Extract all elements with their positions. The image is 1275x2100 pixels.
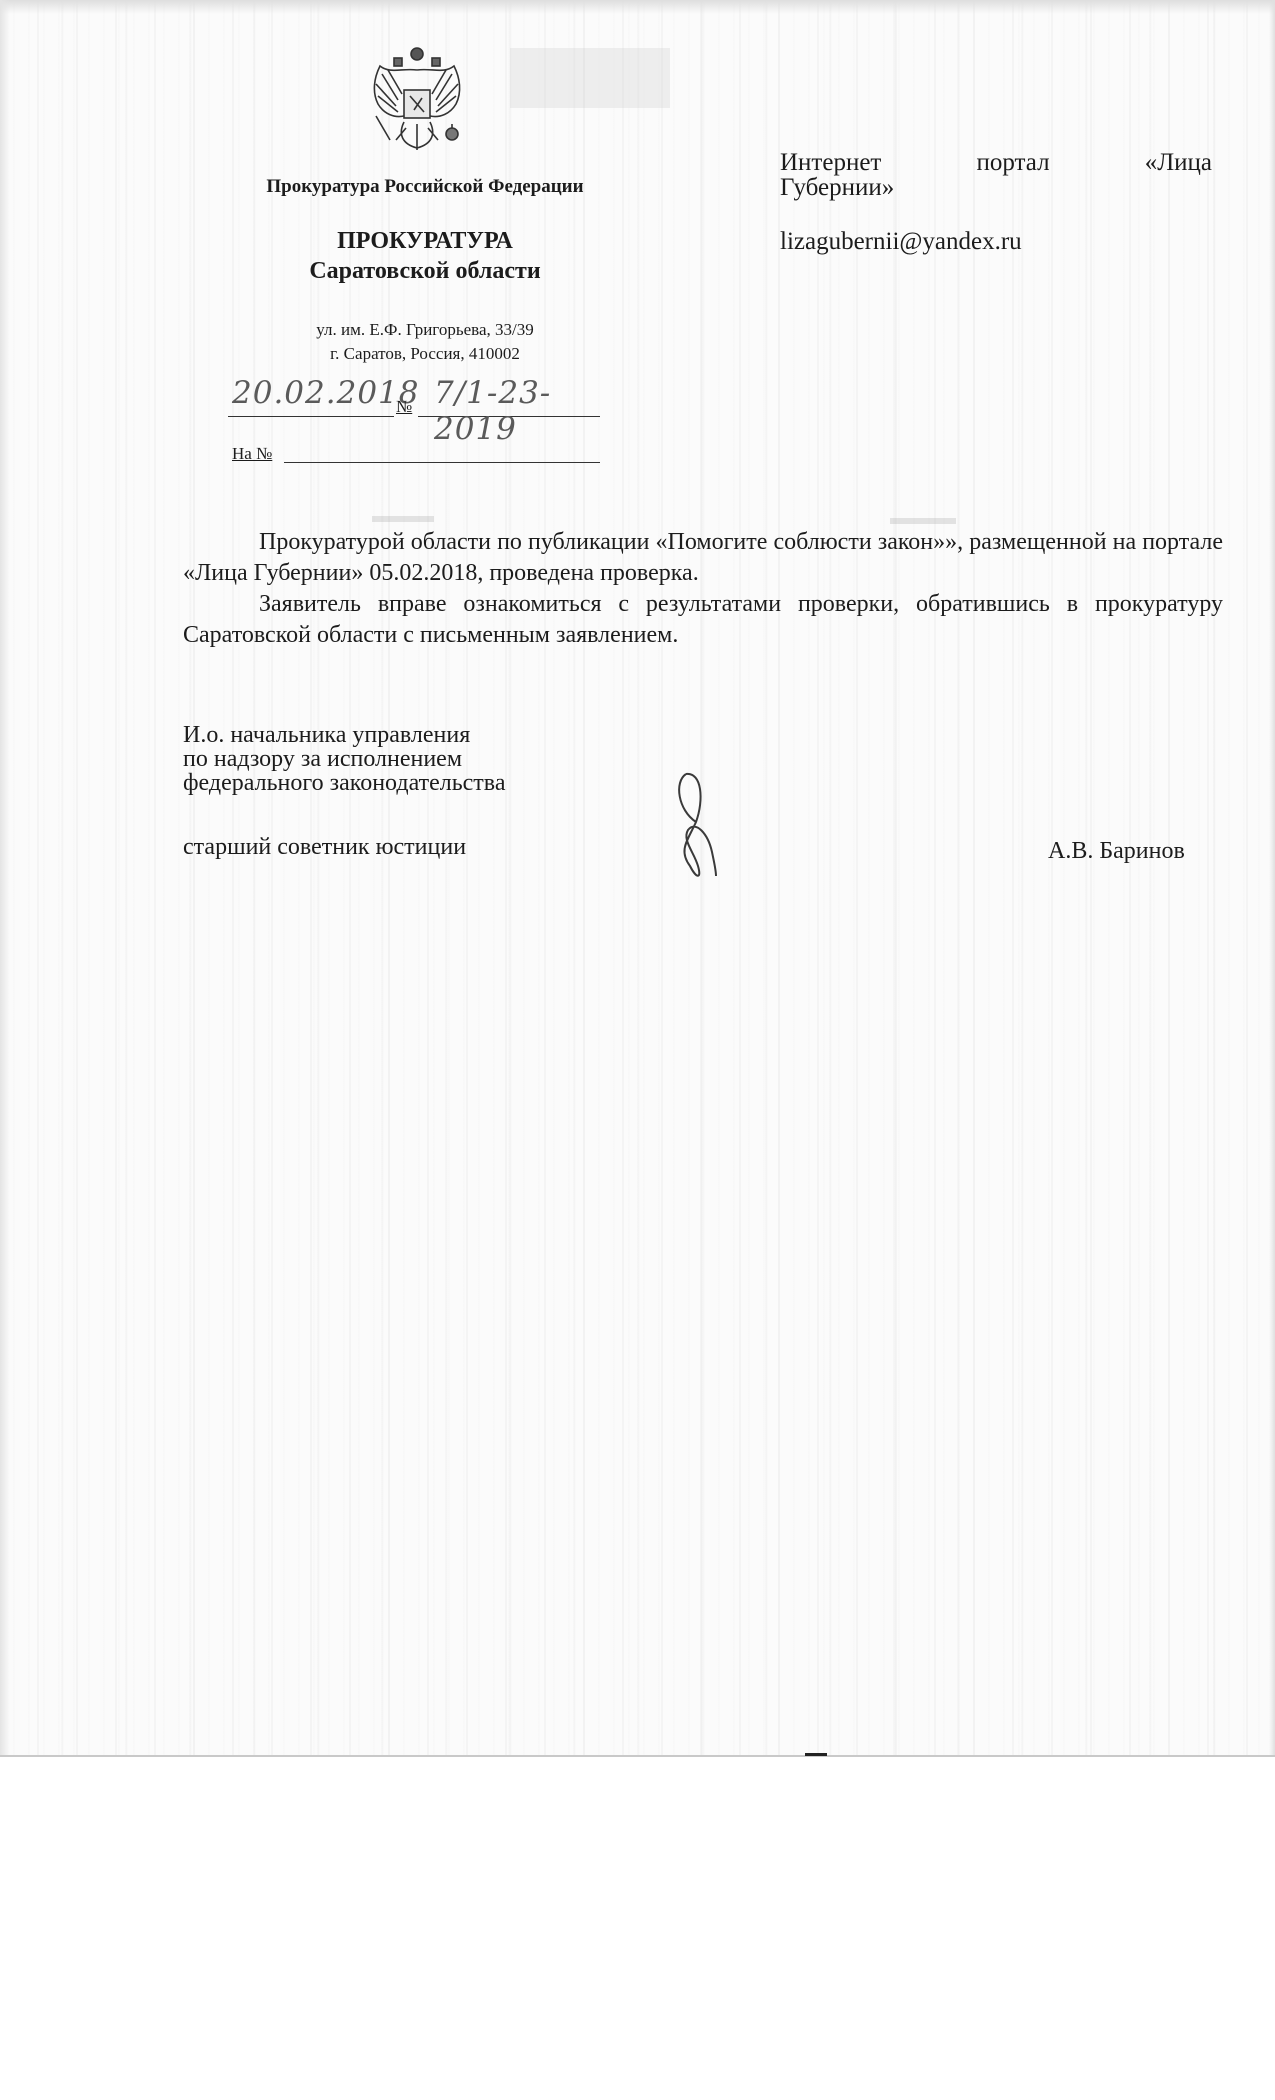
coat-of-arms-icon bbox=[362, 44, 472, 158]
reply-to-underline bbox=[284, 462, 600, 463]
scan-edge-top bbox=[0, 0, 1275, 14]
signatory-position: И.о. начальника управления по надзору за… bbox=[183, 723, 505, 795]
scanned-page: Прокуратура Российской Федерации ПРОКУРА… bbox=[0, 0, 1275, 1757]
scan-edge-left bbox=[0, 0, 10, 1755]
scan-artifact bbox=[890, 518, 956, 524]
position-line: по надзору за исполнением bbox=[183, 747, 505, 771]
org-title: ПРОКУРАТУРА bbox=[200, 226, 650, 256]
outgoing-date: 20.02.2018 bbox=[232, 375, 420, 411]
scan-artifact bbox=[510, 48, 670, 108]
outgoing-number-label: № bbox=[396, 397, 412, 417]
recipient-name-cont: Губернии» bbox=[780, 175, 1212, 200]
scan-mark bbox=[805, 1753, 827, 1756]
org-region: Саратовской области bbox=[200, 256, 650, 286]
org-name-regional: ПРОКУРАТУРА Саратовской области bbox=[200, 226, 650, 286]
scan-artifact bbox=[372, 516, 434, 522]
date-underline bbox=[228, 416, 394, 417]
body-paragraph: Заявитель вправе ознакомиться с результа… bbox=[183, 589, 1223, 651]
org-name-federal: Прокуратура Российской Федерации bbox=[200, 176, 650, 198]
position-line: федерального законодательства bbox=[183, 771, 505, 795]
signatory-rank: старший советник юстиции bbox=[183, 834, 466, 861]
recipient-word: Интернет bbox=[780, 150, 881, 175]
org-address: ул. им. Е.Ф. Григорьева, 33/39 г. Сарато… bbox=[200, 318, 650, 366]
letter-body: Прокуратурой области по публикации «Помо… bbox=[183, 527, 1223, 651]
address-street: ул. им. Е.Ф. Григорьева, 33/39 bbox=[200, 318, 650, 342]
position-line: И.о. начальника управления bbox=[183, 723, 505, 747]
body-paragraph: Прокуратурой области по публикации «Помо… bbox=[183, 527, 1223, 589]
recipient-word: «Лица bbox=[1145, 150, 1212, 175]
recipient-word: портал bbox=[976, 150, 1049, 175]
reply-to-label: На № bbox=[232, 444, 272, 464]
recipient-block: Интернет портал «Лица Губернии» bbox=[780, 150, 1212, 200]
reply-reference: На № bbox=[228, 440, 600, 466]
outgoing-number: 7/1-23-2019 bbox=[434, 375, 600, 447]
outgoing-registration: 20.02.2018 № 7/1-23-2019 bbox=[228, 373, 600, 421]
handwritten-signature-icon bbox=[668, 770, 728, 885]
signatory-name: А.В. Баринов bbox=[1048, 838, 1185, 865]
address-city: г. Саратов, Россия, 410002 bbox=[200, 342, 650, 366]
scan-edge-right bbox=[1269, 0, 1275, 1755]
recipient-email: lizagubernii@yandex.ru bbox=[780, 228, 1022, 256]
